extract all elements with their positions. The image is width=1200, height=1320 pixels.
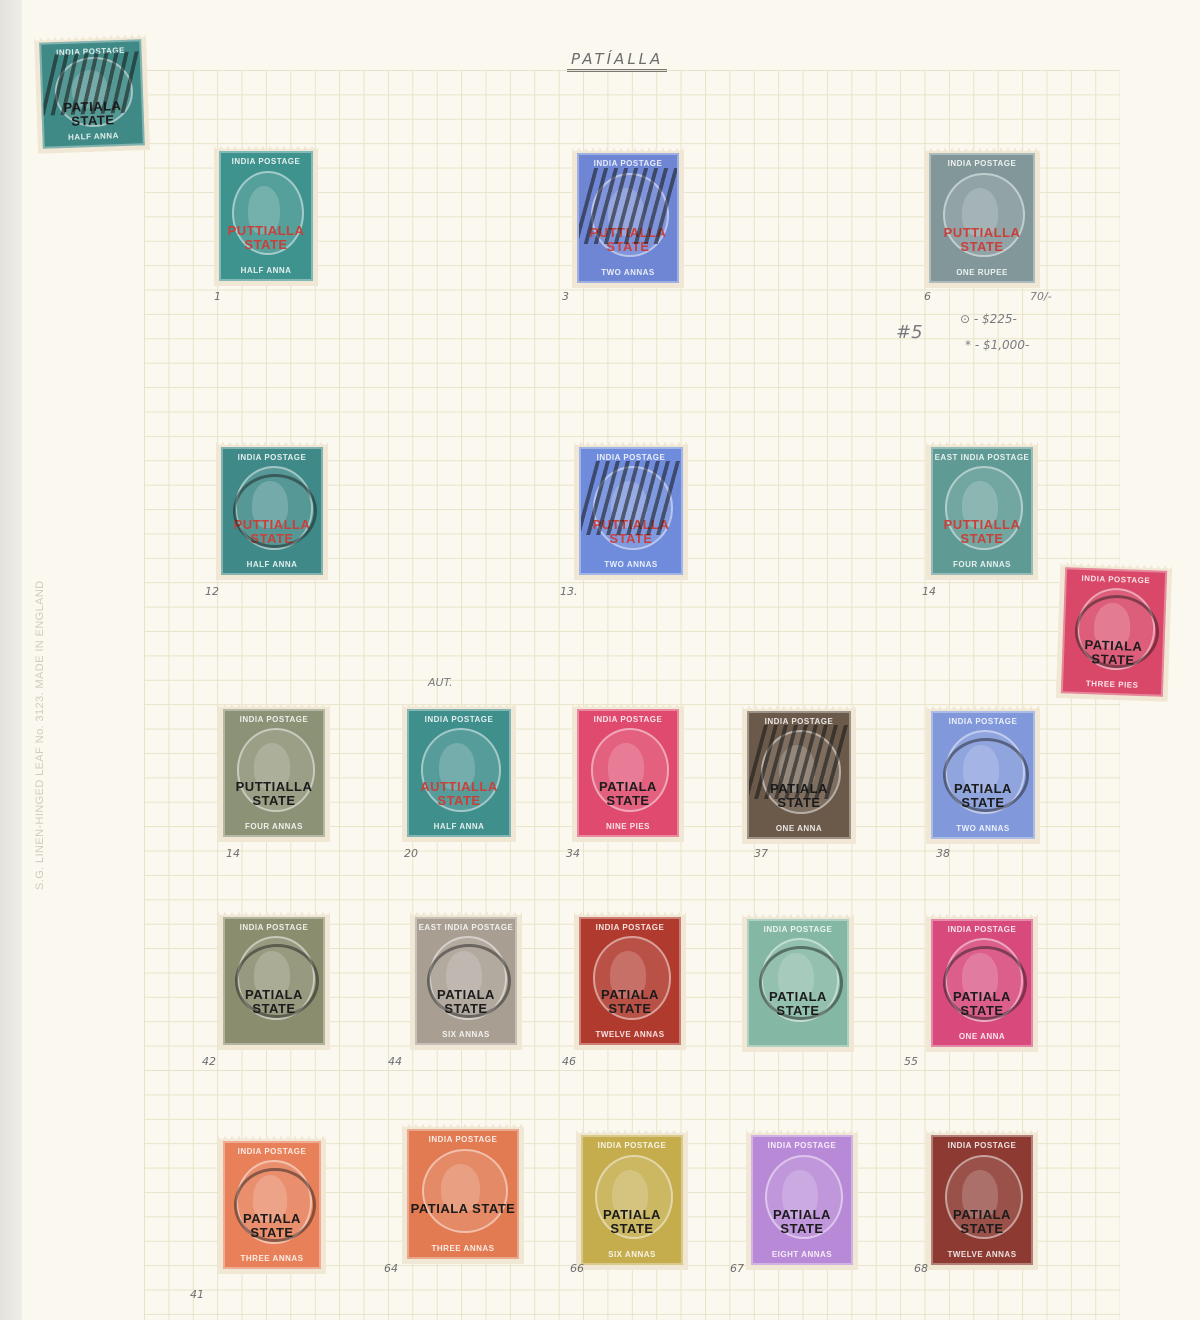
stamp-value-text: NINE PIES (579, 822, 677, 831)
catalogue-number: 14 (922, 585, 936, 598)
stamp-top-text: INDIA POSTAGE (581, 923, 679, 932)
stamp-top-text: INDIA POSTAGE (1067, 573, 1165, 585)
postmark-ring-icon (943, 946, 1027, 1020)
postmark-bars-icon (579, 461, 683, 535)
catalogue-number: 37 (754, 847, 768, 860)
catalogue-number: 6 (924, 290, 931, 303)
stamp-r4c2: EAST INDIA POSTAGE SIX ANNAS PATIALA STA… (410, 912, 522, 1050)
catalogue-number: 12 (205, 585, 219, 598)
overprint-text: PATIALA STATE (581, 988, 679, 1016)
stamp-value-text: HALF ANNA (409, 822, 509, 831)
stamp-r4c5: INDIA POSTAGE ONE ANNA PATIALA STATE (926, 914, 1038, 1052)
stamp-value-text: THREE ANNAS (409, 1244, 517, 1253)
stamp-r3c4: INDIA POSTAGE ONE ANNA PATIALA STATE (742, 706, 856, 844)
stamp-top-text: INDIA POSTAGE (753, 1141, 851, 1150)
stamp-top-text: EAST INDIA POSTAGE (933, 453, 1031, 462)
stamp-value-text: ONE ANNA (749, 824, 849, 833)
catalogue-number: 42 (202, 1055, 216, 1068)
stamp-value-text: ONE ANNA (933, 1032, 1031, 1041)
stamp-r4c4: INDIA POSTAGE PATIALA STATE (742, 914, 854, 1052)
overprint-text: PUTTIALLA STATE (933, 518, 1031, 546)
stamp-r1c1: INDIA POSTAGE HALF ANNA PUTTIALLA STATE (214, 146, 318, 286)
stamp-value-text: SIX ANNAS (417, 1030, 515, 1039)
overprint-text: PATIALA STATE (583, 1208, 681, 1236)
stamp-top-text: INDIA POSTAGE (225, 923, 323, 932)
postmark-ring-icon (234, 1168, 315, 1242)
stamp-top-text: INDIA POSTAGE (749, 925, 847, 934)
stamp-top-text: INDIA POSTAGE (933, 925, 1031, 934)
price-note: 70/- (1030, 290, 1052, 303)
catalogue-number: 3 (562, 290, 569, 303)
postmark-bars-icon (40, 51, 142, 116)
stamp-top-text: INDIA POSTAGE (409, 715, 509, 724)
stamp-value-text: TWO ANNAS (933, 824, 1033, 833)
stamp-top-text: EAST INDIA POSTAGE (417, 923, 515, 932)
stamp-top-text: INDIA POSTAGE (579, 159, 677, 168)
stamp-top-text: INDIA POSTAGE (933, 717, 1033, 726)
stamp-value-text: THREE ANNAS (225, 1254, 319, 1263)
catalogue-number: 68 (914, 1262, 928, 1275)
catalogue-number: 34 (566, 847, 580, 860)
overprint-text: PUTTIALLA STATE (225, 780, 323, 808)
stamp-value-text: EIGHT ANNAS (753, 1250, 851, 1259)
stamp-r1c3: INDIA POSTAGE ONE RUPEE PUTTIALLA STATE (924, 148, 1040, 288)
stamp-top-text: INDIA POSTAGE (409, 1135, 517, 1144)
stamp-value-text: THREE PIES (1063, 678, 1161, 690)
catalogue-number: 1 (214, 290, 221, 303)
stamp-side: INDIA POSTAGE THREE PIES PATIALA STATE (1056, 562, 1173, 702)
stamp-r4c3: INDIA POSTAGE TWELVE ANNAS PATIALA STATE (574, 912, 686, 1050)
overprint-text: PATIALA STATE (409, 1202, 517, 1216)
stamp-value-text: TWELVE ANNAS (581, 1030, 679, 1039)
stamp-top-text: INDIA POSTAGE (933, 1141, 1031, 1150)
stamp-value-text: TWO ANNAS (579, 268, 677, 277)
stamp-r2c3: EAST INDIA POSTAGE FOUR ANNAS PUTTIALLA … (926, 442, 1038, 580)
overprint-text: AUTTIALLA STATE (409, 780, 509, 808)
stamp-loose: INDIA POSTAGE HALF ANNA PATIALA STATE (34, 34, 150, 154)
stamp-top-text: INDIA POSTAGE (931, 159, 1033, 168)
catalogue-number: 66 (570, 1262, 584, 1275)
stamp-r5c2: INDIA POSTAGE THREE ANNAS PATIALA STATE (402, 1124, 524, 1264)
stamp-r3c5: INDIA POSTAGE TWO ANNAS PATIALA STATE (926, 706, 1040, 844)
overprint-text: PATIALA STATE (933, 1208, 1031, 1236)
stamp-r2c2: INDIA POSTAGE TWO ANNAS PUTTIALLA STATE (574, 442, 688, 580)
catalogue-ref-note: #5 (896, 322, 923, 343)
stamp-r5c3: INDIA POSTAGE SIX ANNAS PATIALA STATE (576, 1130, 688, 1270)
stamp-value-text: ONE RUPEE (931, 268, 1033, 277)
mint-value-note: * - $1,000- (965, 338, 1029, 352)
overprint-text: PUTTIALLA STATE (931, 226, 1033, 254)
stamp-value-text: FOUR ANNAS (933, 560, 1031, 569)
page-heading: PATÍALLA (567, 50, 667, 72)
album-binding-edge (0, 0, 22, 1320)
overprint-text: PUTTIALLA STATE (221, 224, 311, 252)
stamp-r3c2: INDIA POSTAGE HALF ANNA AUTTIALLA STATE (402, 704, 516, 842)
catalogue-number: 55 (904, 1055, 918, 1068)
stamp-value-text: FOUR ANNAS (225, 822, 323, 831)
catalogue-number: 14 (226, 847, 240, 860)
stamp-r4c1: INDIA POSTAGE PATIALA STATE (218, 912, 330, 1050)
stamp-r3c1: INDIA POSTAGE FOUR ANNAS PUTTIALLA STATE (218, 704, 330, 842)
catalogue-number: 38 (936, 847, 950, 860)
stamp-value-text: HALF ANNA (223, 560, 321, 569)
stamp-value-text: TWO ANNAS (581, 560, 681, 569)
overprint-text: PATIALA STATE (753, 1208, 851, 1236)
postmark-ring-icon (235, 944, 319, 1018)
stamp-r5c4: INDIA POSTAGE EIGHT ANNAS PATIALA STATE (746, 1130, 858, 1270)
postmark-ring-icon (427, 944, 511, 1018)
overprint-text: PATIALA STATE (579, 780, 677, 808)
postmark-ring-icon (943, 738, 1029, 812)
stamp-value-text: SIX ANNAS (583, 1250, 681, 1259)
catalogue-number: 64 (384, 1262, 398, 1275)
leaf-imprint: S.G. LINEN-HINGED LEAF No. 3123. MADE IN… (34, 580, 46, 890)
stamp-r1c2: INDIA POSTAGE TWO ANNAS PUTTIALLA STATE (572, 148, 684, 288)
stamp-r2c1: INDIA POSTAGE HALF ANNA PUTTIALLA STATE (216, 442, 328, 580)
catalogue-number: 46 (562, 1055, 576, 1068)
aut-note: AUT. (428, 676, 453, 689)
catalogue-number: 20 (404, 847, 418, 860)
catalogue-number: 13. (560, 585, 578, 598)
catalogue-number: 67 (730, 1262, 744, 1275)
postmark-ring-icon (759, 946, 843, 1020)
stamp-top-text: INDIA POSTAGE (225, 1147, 319, 1156)
stamp-top-text: INDIA POSTAGE (579, 715, 677, 724)
postmark-bars-icon (577, 168, 679, 244)
postmark-bars-icon (747, 725, 851, 799)
used-value-note: ⊙ - $225- (960, 312, 1017, 326)
stamp-r5c5: INDIA POSTAGE TWELVE ANNAS PATIALA STATE (926, 1130, 1038, 1270)
stamp-value-text: TWELVE ANNAS (933, 1250, 1031, 1259)
stamp-top-text: INDIA POSTAGE (223, 453, 321, 462)
stamp-top-text: INDIA POSTAGE (225, 715, 323, 724)
catalogue-number: 41 (190, 1288, 204, 1301)
stamp-top-text: INDIA POSTAGE (221, 157, 311, 166)
postmark-ring-icon (233, 474, 317, 548)
stamp-top-text: INDIA POSTAGE (583, 1141, 681, 1150)
stamp-value-text: HALF ANNA (44, 130, 142, 142)
stamp-r5c1: INDIA POSTAGE THREE ANNAS PATIALA STATE (218, 1136, 326, 1274)
stamp-value-text: HALF ANNA (221, 266, 311, 275)
catalogue-number: 44 (388, 1055, 402, 1068)
stamp-r3c3: INDIA POSTAGE NINE PIES PATIALA STATE (572, 704, 684, 842)
